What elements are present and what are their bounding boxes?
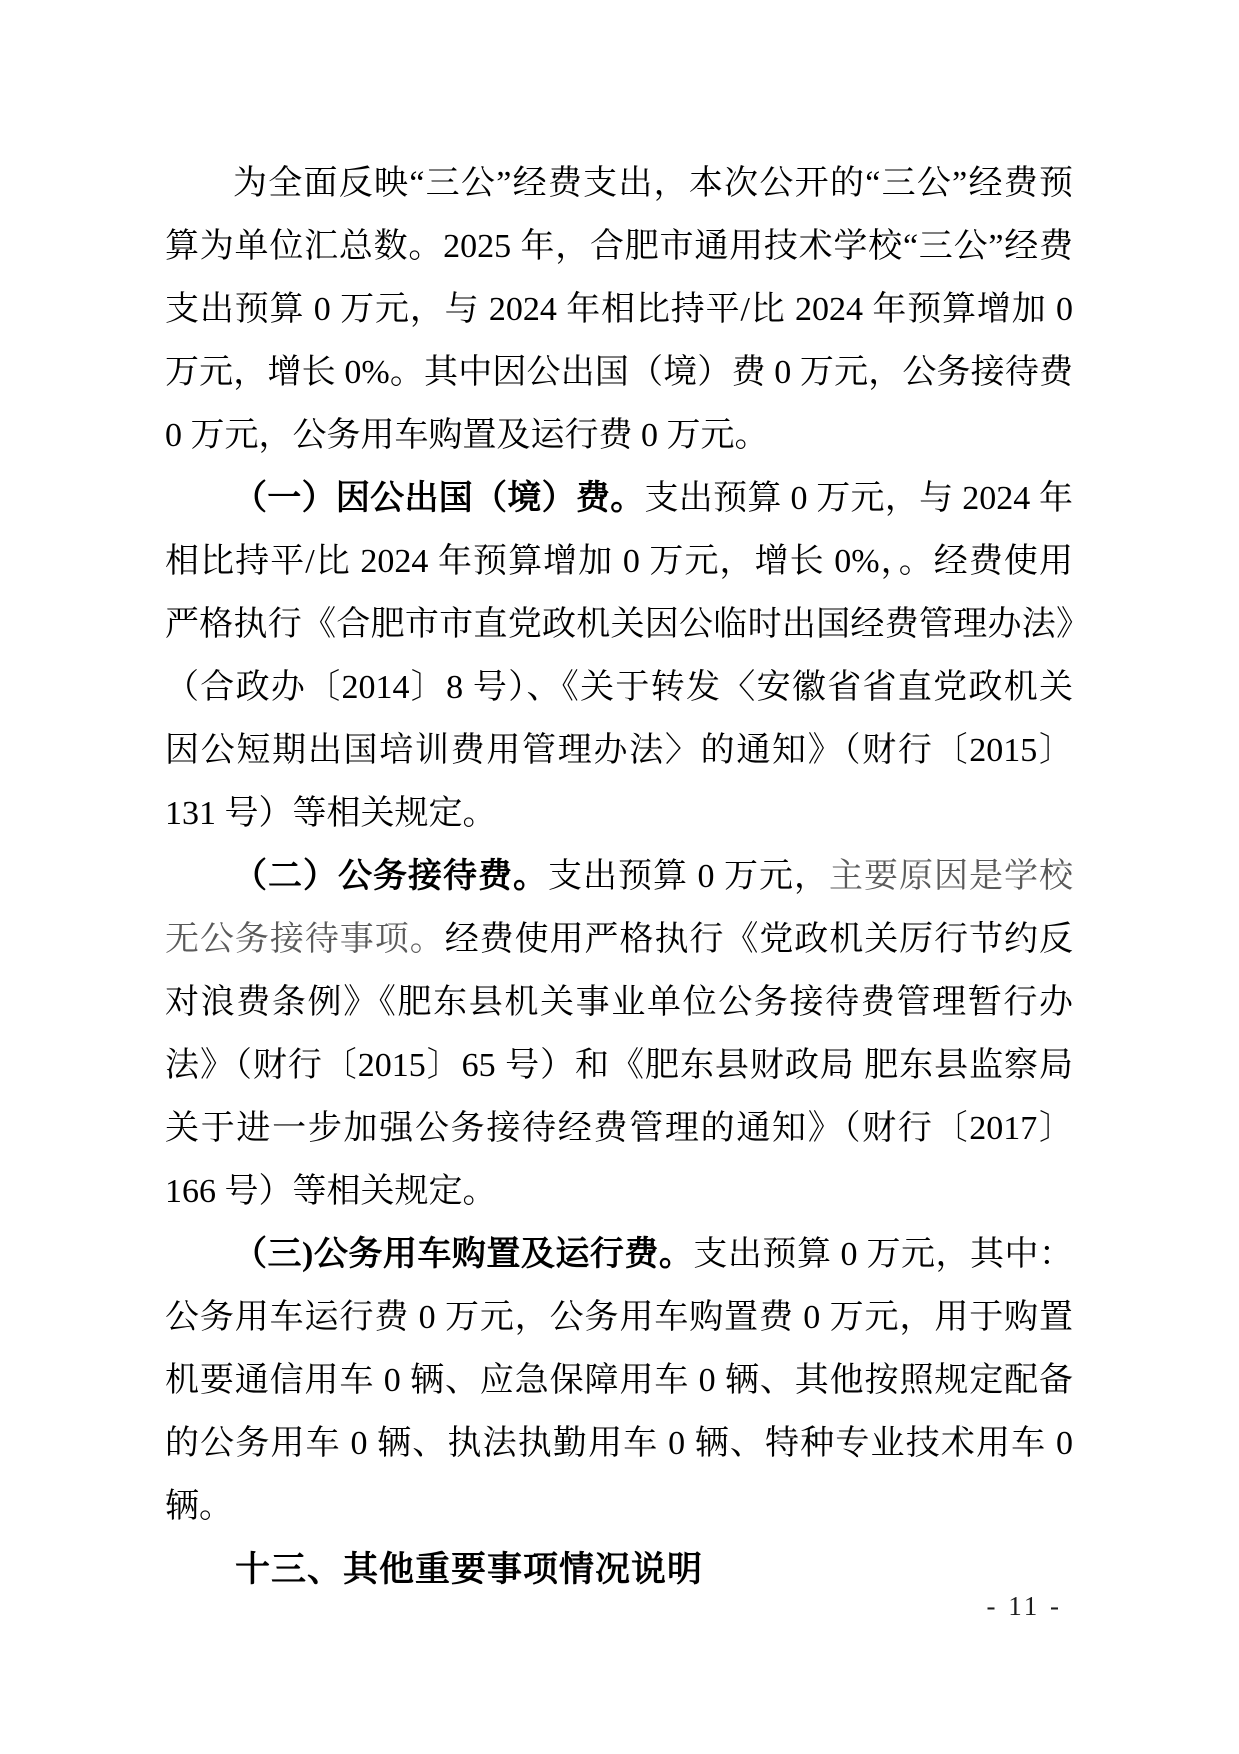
- paragraph-abroad-expense: （一）因公出国（境）费。支出预算 0 万元，与 2024 年相比持平/比 202…: [165, 467, 1073, 845]
- paragraph-lead-bold: （二）公务接待费。: [233, 858, 548, 895]
- document-body: 为全面反映“三公”经费支出，本次公开的“三公”经费预算为单位汇总数。2025 年…: [165, 152, 1073, 1601]
- paragraph-lead-bold: （一）因公出国（境）费。: [233, 480, 645, 517]
- section-heading-thirteen: 十三、其他重要事项情况说明: [165, 1538, 1073, 1601]
- paragraph-text: 支出预算 0 万元，: [548, 858, 829, 895]
- paragraph-vehicle-expense: （三)公务用车购置及运行费。支出预算 0 万元，其中：公务用车运行费 0 万元，…: [165, 1223, 1073, 1538]
- paragraph-lead-bold: （三)公务用车购置及运行费。: [233, 1236, 693, 1273]
- paragraph-text: 为全面反映“三公”经费支出，本次公开的“三公”经费预算为单位汇总数。2025 年…: [165, 165, 1073, 454]
- paragraph-text: 支出预算 0 万元，与 2024 年相比持平/比 2024 年预算增加 0 万元…: [165, 480, 1073, 832]
- paragraph-sangong-summary: 为全面反映“三公”经费支出，本次公开的“三公”经费预算为单位汇总数。2025 年…: [165, 152, 1073, 467]
- page-number: - 11 -: [987, 1590, 1062, 1622]
- paragraph-text: 经费使用严格执行《党政机关厉行节约反对浪费条例》《肥东县机关事业单位公务接待费管…: [165, 921, 1073, 1210]
- paragraph-text: 支出预算 0 万元，其中：公务用车运行费 0 万元，公务用车购置费 0 万元，用…: [165, 1236, 1073, 1525]
- document-page: 为全面反映“三公”经费支出，本次公开的“三公”经费预算为单位汇总数。2025 年…: [0, 0, 1239, 1754]
- paragraph-reception-expense: （二）公务接待费。支出预算 0 万元，主要原因是学校无公务接待事项。经费使用严格…: [165, 845, 1073, 1223]
